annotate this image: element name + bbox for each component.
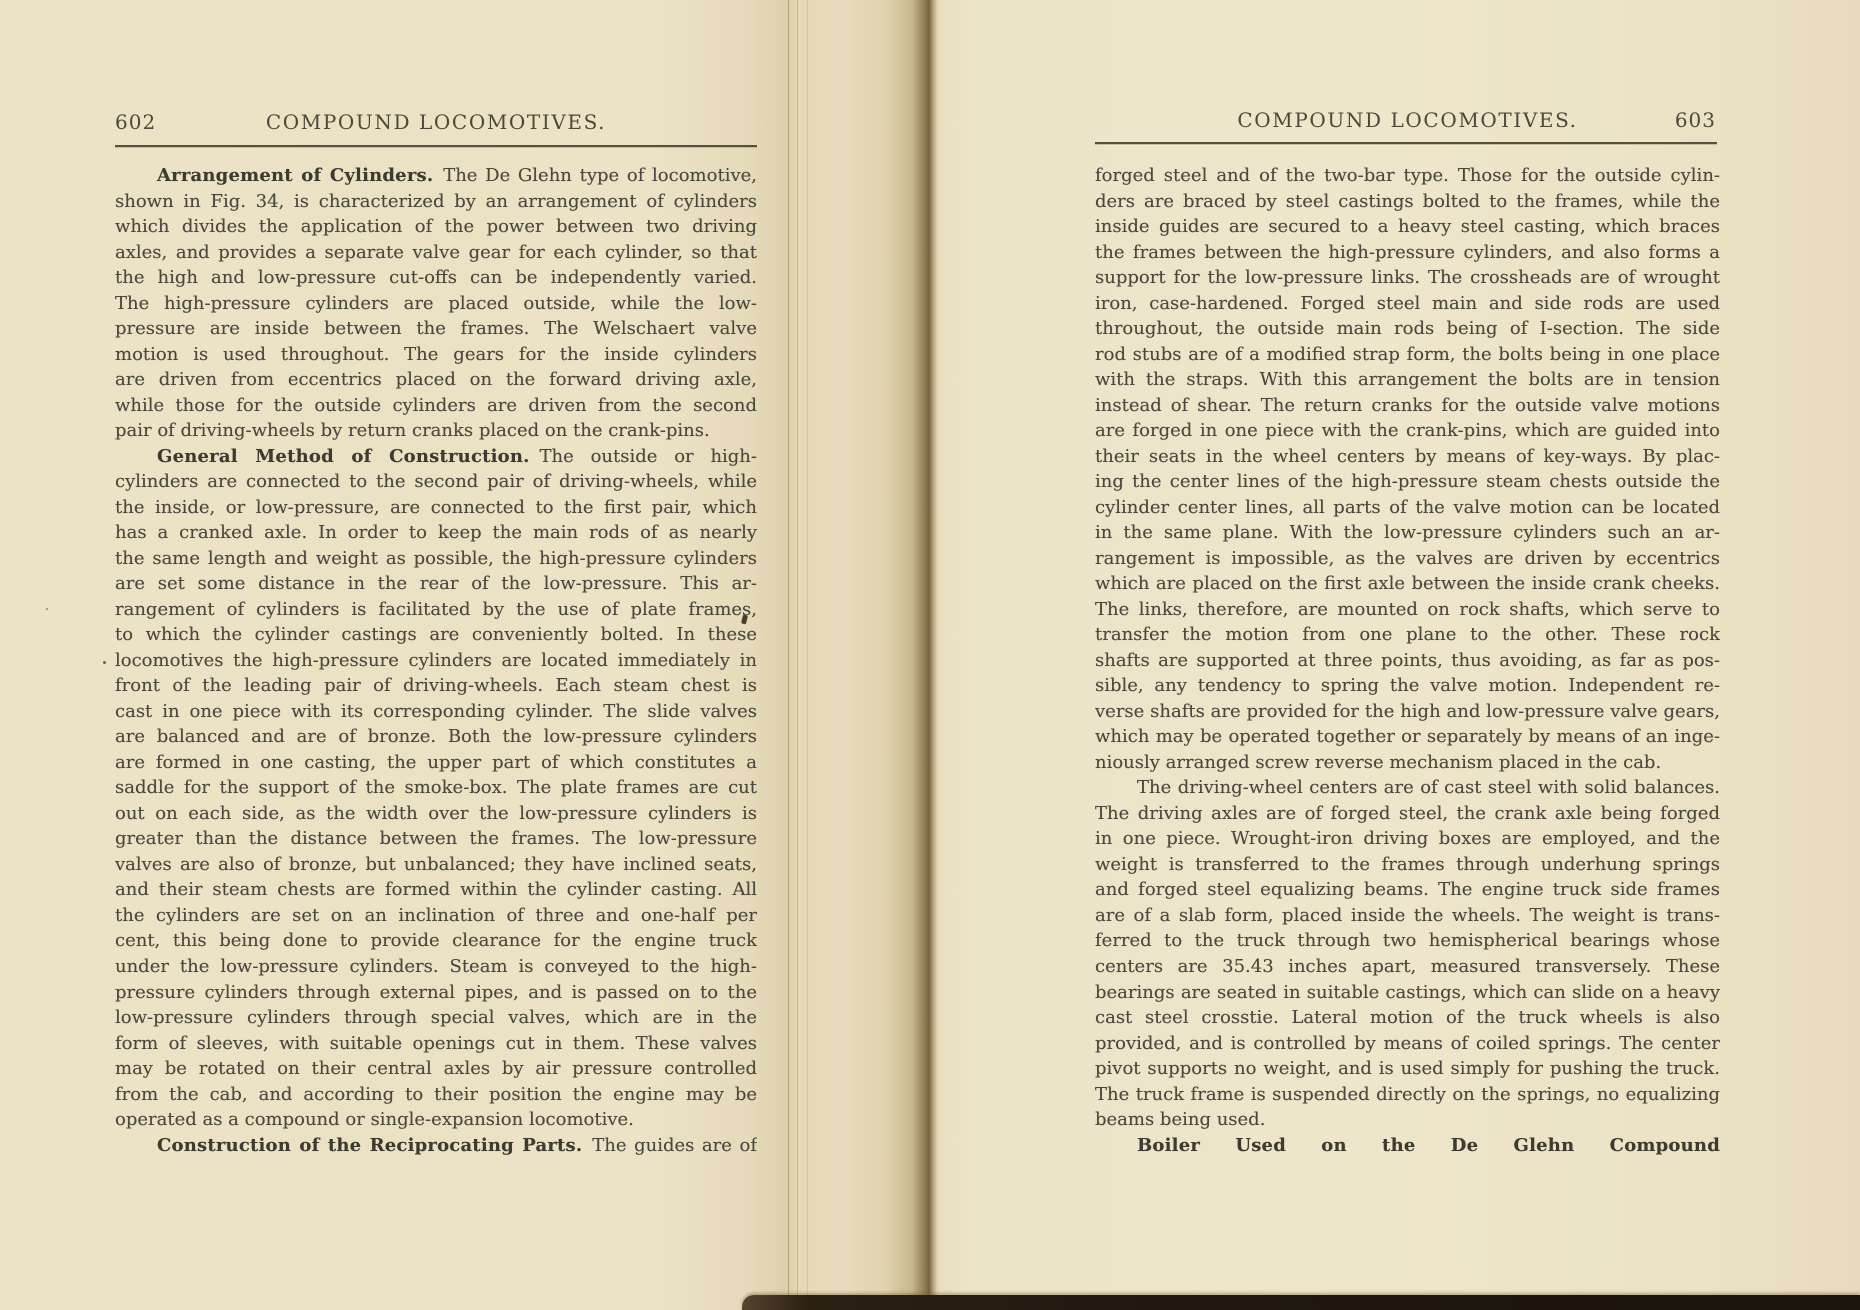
right-running-head: COMPOUND LOCOMOTIVES. — [1095, 108, 1720, 132]
text-line: front of the leading pair of driving-whe… — [115, 673, 757, 699]
text-line: are set some distance in the rear of the… — [115, 571, 757, 597]
left-header-rule — [115, 145, 757, 147]
text-line: throughout, the outside main rods being … — [1095, 316, 1720, 342]
left-text-column: Arrangement of Cylinders.The De Glehn ty… — [115, 163, 757, 1158]
text-line: rangement is impossible, as the valves a… — [1095, 546, 1720, 572]
text-line: pressure cylinders through external pipe… — [115, 980, 757, 1006]
text-line: The driving axles are of forged steel, t… — [1095, 801, 1720, 827]
paragraph-heading: Boiler Used on the De Glehn Compound Loc… — [1137, 1135, 1720, 1159]
text-line: are balanced and are of bronze. Both the… — [115, 724, 757, 750]
text-line: has a cranked axle. In order to keep the… — [115, 520, 757, 546]
text-line: in the same plane. With the low-pressure… — [1095, 520, 1720, 546]
text-line: iron, case-hardened. Forged steel main a… — [1095, 291, 1720, 317]
left-running-head: COMPOUND LOCOMOTIVES. — [115, 110, 757, 134]
text-line: cent, this being done to provide clearan… — [115, 928, 757, 954]
page-edge-line — [807, 0, 808, 1310]
right-page-number: 603 — [1675, 108, 1716, 132]
right-text-column: forged steel and of the two-bar type. Th… — [1095, 163, 1720, 1158]
text-line: centers are 35.43 inches apart, measured… — [1095, 954, 1720, 980]
text-line: cylinder center lines, all parts of the … — [1095, 495, 1720, 521]
text-line: General Method of Construction.The outsi… — [115, 444, 757, 470]
text-line: are forged in one piece with the crank-p… — [1095, 418, 1720, 444]
text-line: locomotives the high-pressure cylinders … — [115, 648, 757, 674]
page-edge-line — [788, 0, 789, 1310]
text-line: greater than the distance between the fr… — [115, 826, 757, 852]
text-line: valves are also of bronze, but unbalance… — [115, 852, 757, 878]
text-line: cast in one piece with its corresponding… — [115, 699, 757, 725]
text-line: which may be operated together or separa… — [1095, 724, 1720, 750]
text-line: niously arranged screw reverse mechanism… — [1095, 750, 1720, 776]
text-line: may be rotated on their central axles by… — [115, 1056, 757, 1082]
text-line: are driven from eccentrics placed on the… — [115, 367, 757, 393]
text-line: the high and low-pressure cut-offs can b… — [115, 265, 757, 291]
text-line: support for the low-pressure links. The … — [1095, 265, 1720, 291]
text-line: shafts are supported at three points, th… — [1095, 648, 1720, 674]
margin-ink-speck — [46, 608, 48, 610]
text-line: shown in Fig. 34, is characterized by an… — [115, 189, 757, 215]
text-line: pressure are inside between the frames. … — [115, 316, 757, 342]
text-line: the same length and weight as possible, … — [115, 546, 757, 572]
text-line: under the low-pressure cylinders. Steam … — [115, 954, 757, 980]
right-running-head-row: COMPOUND LOCOMOTIVES. 603 — [1095, 108, 1720, 134]
text-line: rangement of cylinders is facilitated by… — [115, 597, 757, 623]
text-line: while those for the outside cylinders ar… — [115, 393, 757, 419]
text-line: ders are braced by steel castings bolted… — [1095, 189, 1720, 215]
page-edge-line — [797, 0, 798, 1310]
text-line: which divides the application of the pow… — [115, 214, 757, 240]
text-line: out on each side, as the width over the … — [115, 801, 757, 827]
paragraph-heading: Arrangement of Cylinders. — [157, 165, 433, 186]
text-line: Construction of the Reciprocating Parts.… — [115, 1133, 757, 1159]
text-line: and forged steel equalizing beams. The e… — [1095, 877, 1720, 903]
text-line: transfer the motion from one plane to th… — [1095, 622, 1720, 648]
text-line: axles, and provides a separate valve gea… — [115, 240, 757, 266]
text-line: pair of driving-wheels by return cranks … — [115, 418, 757, 444]
margin-ink-speck — [103, 661, 106, 664]
text-line: forged steel and of the two-bar type. Th… — [1095, 163, 1720, 189]
right-header-rule — [1095, 142, 1717, 144]
book-scan-photo: { "colors": { "paper": "#ece3c6", "paper… — [0, 0, 1860, 1310]
text-line: cylinders are connected to the second pa… — [115, 469, 757, 495]
text-line: pivot supports no weight, and is used si… — [1095, 1056, 1720, 1082]
text-line: The high-pressure cylinders are placed o… — [115, 291, 757, 317]
text-line: verse shafts are provided for the high a… — [1095, 699, 1720, 725]
text-line: are formed in one casting, the upper par… — [115, 750, 757, 776]
text-line: in one piece. Wrought-iron driving boxes… — [1095, 826, 1720, 852]
left-running-head-row: 602 COMPOUND LOCOMOTIVES. — [115, 110, 757, 136]
text-line: to which the cylinder castings are conve… — [115, 622, 757, 648]
text-line: motion is used throughout. The gears for… — [115, 342, 757, 368]
text-line: are of a slab form, placed inside the wh… — [1095, 903, 1720, 929]
text-line: low-pressure cylinders through special v… — [115, 1005, 757, 1031]
text-line: the frames between the high-pressure cyl… — [1095, 240, 1720, 266]
text-line: bearings are seated in suitable castings… — [1095, 980, 1720, 1006]
text-line: form of sleeves, with suitable openings … — [115, 1031, 757, 1057]
paragraph-heading: Construction of the Reciprocating Parts. — [157, 1135, 582, 1156]
text-line: the inside, or low-pressure, are connect… — [115, 495, 757, 521]
text-line: which are placed on the first axle betwe… — [1095, 571, 1720, 597]
text-line: The truck frame is suspended directly on… — [1095, 1082, 1720, 1108]
text-line: The links, therefore, are mounted on roc… — [1095, 597, 1720, 623]
text-line: Boiler Used on the De Glehn Compound Loc… — [1095, 1133, 1720, 1159]
text-line: and their steam chests are formed within… — [115, 877, 757, 903]
text-line: The driving-wheel centers are of cast st… — [1095, 775, 1720, 801]
text-line: inside guides are secured to a heavy ste… — [1095, 214, 1720, 240]
text-line: operated as a compound or single-expansi… — [115, 1107, 757, 1133]
text-line: rod stubs are of a modified strap form, … — [1095, 342, 1720, 368]
photo-bottom-dark-band — [742, 1295, 1860, 1310]
text-line: the cylinders are set on an inclination … — [115, 903, 757, 929]
text-line: Arrangement of Cylinders.The De Glehn ty… — [115, 163, 757, 189]
text-line: weight is transferred to the frames thro… — [1095, 852, 1720, 878]
text-line: cast steel crosstie. Lateral motion of t… — [1095, 1005, 1720, 1031]
text-line: ferred to the truck through two hemisphe… — [1095, 928, 1720, 954]
text-line: ing the center lines of the high-pressur… — [1095, 469, 1720, 495]
text-line: beams being used. — [1095, 1107, 1720, 1133]
text-line: provided, and is controlled by means of … — [1095, 1031, 1720, 1057]
paragraph-heading: General Method of Construction. — [157, 446, 530, 467]
book-gutter — [780, 0, 940, 1310]
text-line: instead of shear. The return cranks for … — [1095, 393, 1720, 419]
text-line: from the cab, and according to their pos… — [115, 1082, 757, 1108]
text-line: their seats in the wheel centers by mean… — [1095, 444, 1720, 470]
text-line: sible, any tendency to spring the valve … — [1095, 673, 1720, 699]
text-line: saddle for the support of the smoke-box.… — [115, 775, 757, 801]
text-line: with the straps. With this arrangement t… — [1095, 367, 1720, 393]
